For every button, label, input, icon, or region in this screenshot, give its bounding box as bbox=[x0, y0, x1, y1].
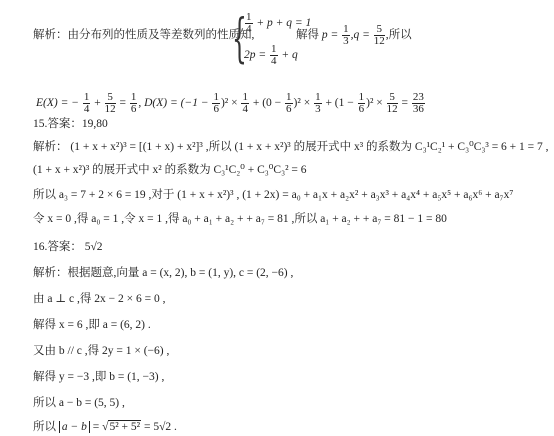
sqrt-expr: 5² + 5² bbox=[108, 420, 141, 433]
op: + (0 − bbox=[253, 97, 281, 109]
op: = bbox=[93, 421, 100, 433]
q16-line-2: 由 a ⊥ c ,得 2x − 2 × 6 = 0 , bbox=[33, 292, 165, 306]
op: + bbox=[94, 97, 101, 109]
frac-den: 4 bbox=[270, 56, 278, 67]
frac-den: 12 bbox=[105, 104, 116, 115]
op: = bbox=[119, 97, 126, 109]
frac-den: 6 bbox=[358, 104, 366, 115]
ex-label: E(X) = − bbox=[36, 97, 79, 109]
q16-line-6: 所以 a − b = (5, 5) , bbox=[33, 396, 125, 410]
op: )² × bbox=[221, 97, 238, 109]
op: + (1 − bbox=[325, 97, 353, 109]
q15-line-1: 解析： (1 + x + x²)³ = [(1 + x) + x²]³ ,所以 … bbox=[33, 140, 549, 154]
prefix-text: 所以 bbox=[33, 421, 56, 433]
frac-den: 36 bbox=[412, 104, 425, 115]
frac-den: 6 bbox=[285, 104, 293, 115]
frac-den: 3 bbox=[342, 36, 350, 47]
op: )² × bbox=[294, 97, 311, 109]
frac-den: 4 bbox=[245, 24, 253, 35]
frac-den: 4 bbox=[241, 104, 249, 115]
q14-system-eq2: 2p = 14 + q bbox=[244, 44, 298, 67]
frac-den: 12 bbox=[387, 104, 398, 115]
q-label: ,q = bbox=[351, 29, 370, 41]
q14-intro-line: 解析：由分布列的性质及等差数列的性质知, bbox=[33, 28, 254, 42]
p-label: p = bbox=[322, 29, 338, 41]
solve-label: 解得 bbox=[296, 29, 319, 41]
q14-solution-line: 解得 p = 13,q = 512,所以 bbox=[296, 24, 412, 47]
frac-den: 6 bbox=[212, 104, 220, 115]
q16-line-4: 又由 b // c ,得 2y = 1 × (−6) , bbox=[33, 344, 169, 358]
tail-text: ,所以 bbox=[386, 29, 412, 41]
q15-line-3: 所以 a₃ = 7 + 2 × 6 = 19 ,对于 (1 + x + x²)³… bbox=[33, 188, 513, 202]
q16-answer: 16.答案： 5√2 bbox=[33, 240, 103, 254]
q15-line-2: (1 + x + x²)³ 的展开式中 x² 的系数为 C₃¹C₂⁰ + C₃⁰… bbox=[33, 163, 307, 177]
q16-line-7: 所以 a − b = √5² + 5² = 5√2 . bbox=[33, 420, 177, 434]
frac-den: 12 bbox=[374, 36, 385, 47]
q14-expectation-variance-line: E(X) = − 14 + 512 = 16, D(X) = (−1 − 16)… bbox=[36, 92, 426, 115]
q16-line-3: 解得 x = 6 ,即 a = (6, 2) . bbox=[33, 318, 151, 332]
result-text: = 5√2 . bbox=[144, 421, 177, 433]
q16-line-5: 解得 y = −3 ,即 b = (1, −3) , bbox=[33, 370, 164, 384]
q16-line-1: 解析：根据题意,向量 a = (x, 2), b = (1, y), c = (… bbox=[33, 266, 293, 280]
eq2-left: 2p = bbox=[244, 49, 266, 61]
abs-expr: a − b bbox=[59, 421, 90, 433]
q14-intro-text: 解析：由分布列的性质及等差数列的性质知, bbox=[33, 29, 254, 41]
q15-line-4: 令 x = 0 ,得 a₀ = 1 ,令 x = 1 ,得 a₀ + a₁ + … bbox=[33, 212, 447, 226]
frac-den: 6 bbox=[130, 104, 138, 115]
op: = bbox=[402, 97, 409, 109]
op: )² × bbox=[366, 97, 383, 109]
frac-den: 3 bbox=[314, 104, 322, 115]
frac-den: 4 bbox=[83, 104, 91, 115]
eq2-rest: + q bbox=[281, 49, 297, 61]
dx-label: , D(X) = (−1 − bbox=[138, 97, 208, 109]
q15-answer: 15.答案：19,80 bbox=[33, 117, 108, 131]
